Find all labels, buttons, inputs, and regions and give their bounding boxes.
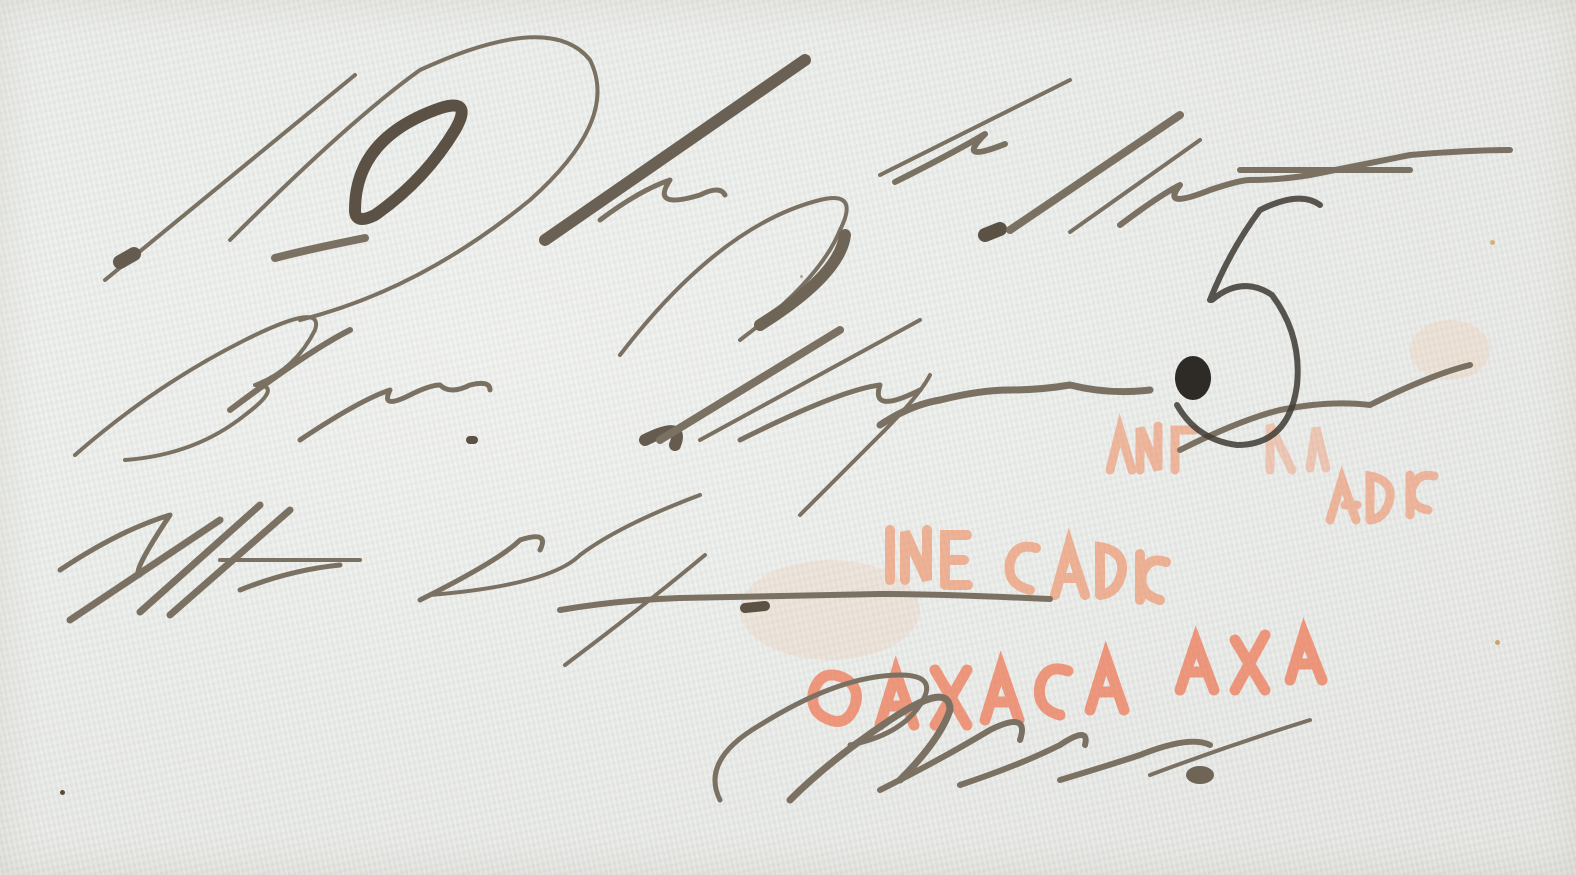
paper-speck — [60, 790, 65, 795]
ink-blot — [1175, 356, 1211, 400]
paper-speck — [1495, 640, 1500, 645]
letter-cover: S. D. Jorge M. Moxon Br. Hum. Abogado de… — [0, 0, 1576, 875]
paper-speck — [1490, 240, 1495, 245]
rate-mark-5 — [0, 0, 1576, 875]
paper-speck — [800, 275, 803, 278]
